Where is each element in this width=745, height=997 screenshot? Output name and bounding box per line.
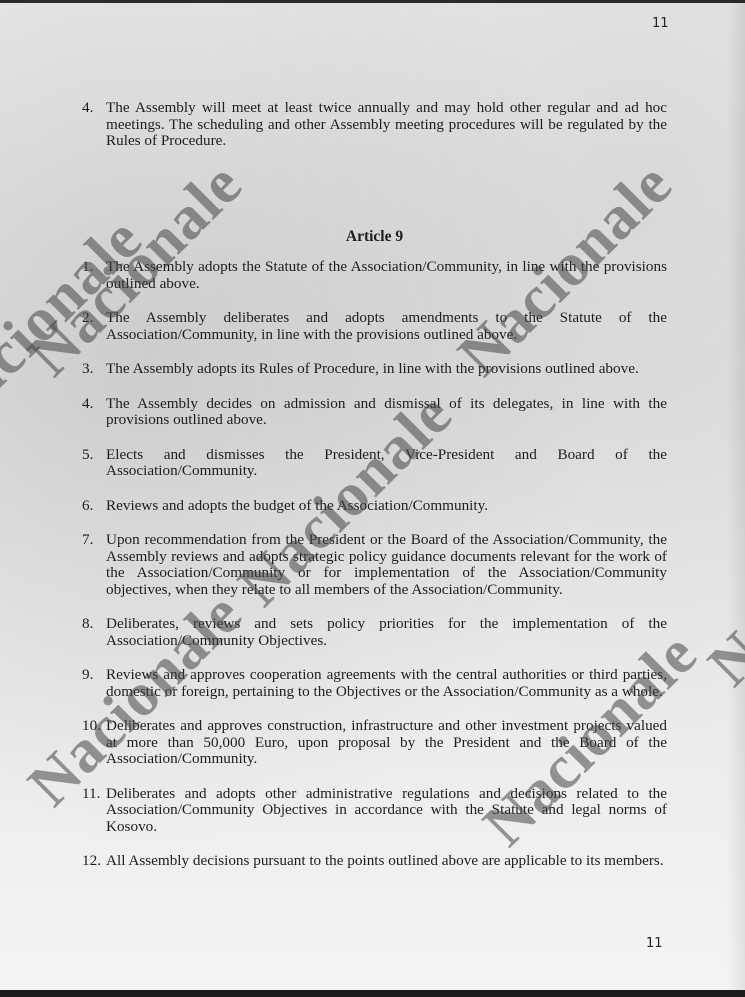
item-text: Deliberates and approves construction, i… <box>106 718 667 768</box>
article-item-list: 1.The Assembly adopts the Statute of the… <box>82 259 667 870</box>
intro-list-item: 4. The Assembly will meet at least twice… <box>82 100 667 150</box>
item-text: All Assembly decisions pursuant to the p… <box>106 853 667 870</box>
item-number: 5. <box>82 447 93 464</box>
article-list-item: 7.Upon recommendation from the President… <box>82 532 667 598</box>
item-number: 9. <box>82 667 93 684</box>
scan-top-edge <box>0 0 745 3</box>
item-text: The Assembly decides on admission and di… <box>106 396 667 429</box>
item-text: The Assembly adopts the Statute of the A… <box>106 259 667 292</box>
article-list-item: 5.Elects and dismisses the President, Vi… <box>82 447 667 480</box>
item-number: 11. <box>82 786 100 803</box>
item-number: 1. <box>82 259 93 276</box>
article-list-item: 6.Reviews and adopts the budget of the A… <box>82 498 667 515</box>
article-list-item: 2.The Assembly deliberates and adopts am… <box>82 310 667 343</box>
item-text: The Assembly will meet at least twice an… <box>106 100 667 150</box>
article-list-item: 3.The Assembly adopts its Rules of Proce… <box>82 361 667 378</box>
item-number: 2. <box>82 310 93 327</box>
article-list-item: 12.All Assembly decisions pursuant to th… <box>82 853 667 870</box>
item-number: 3. <box>82 361 93 378</box>
article-list-item: 10.Deliberates and approves construction… <box>82 718 667 768</box>
article-list-item: 1.The Assembly adopts the Statute of the… <box>82 259 667 292</box>
item-text: Elects and dismisses the President, Vice… <box>106 447 667 480</box>
item-text: Deliberates and adopts other administrat… <box>106 786 667 836</box>
item-number: 10. <box>82 718 101 735</box>
page-number-bottom: 11 <box>646 936 663 951</box>
article-list-item: 11.Deliberates and adopts other administ… <box>82 786 667 836</box>
article-title: Article 9 <box>82 229 667 246</box>
page-number-top: 11 <box>652 16 669 31</box>
document-page: 11 4. The Assembly will meet at least tw… <box>0 0 745 990</box>
item-number: 12. <box>82 853 101 870</box>
article-list-item: 4.The Assembly decides on admission and … <box>82 396 667 429</box>
item-number: 4. <box>82 396 93 413</box>
item-text: Reviews and approves cooperation agreeme… <box>106 667 667 700</box>
item-text: Reviews and adopts the budget of the Ass… <box>106 498 667 515</box>
document-body: 4. The Assembly will meet at least twice… <box>82 100 667 870</box>
item-number: 8. <box>82 616 93 633</box>
item-text: Upon recommendation from the President o… <box>106 532 667 598</box>
item-number: 4. <box>82 100 93 117</box>
item-text: The Assembly deliberates and adopts amen… <box>106 310 667 343</box>
item-text: The Assembly adopts its Rules of Procedu… <box>106 361 667 378</box>
article-list-item: 8.Deliberates, reviews and sets policy p… <box>82 616 667 649</box>
article-list-item: 9.Reviews and approves cooperation agree… <box>82 667 667 700</box>
item-text: Deliberates, reviews and sets policy pri… <box>106 616 667 649</box>
item-number: 7. <box>82 532 93 549</box>
item-number: 6. <box>82 498 93 515</box>
page-shadow <box>727 0 745 990</box>
